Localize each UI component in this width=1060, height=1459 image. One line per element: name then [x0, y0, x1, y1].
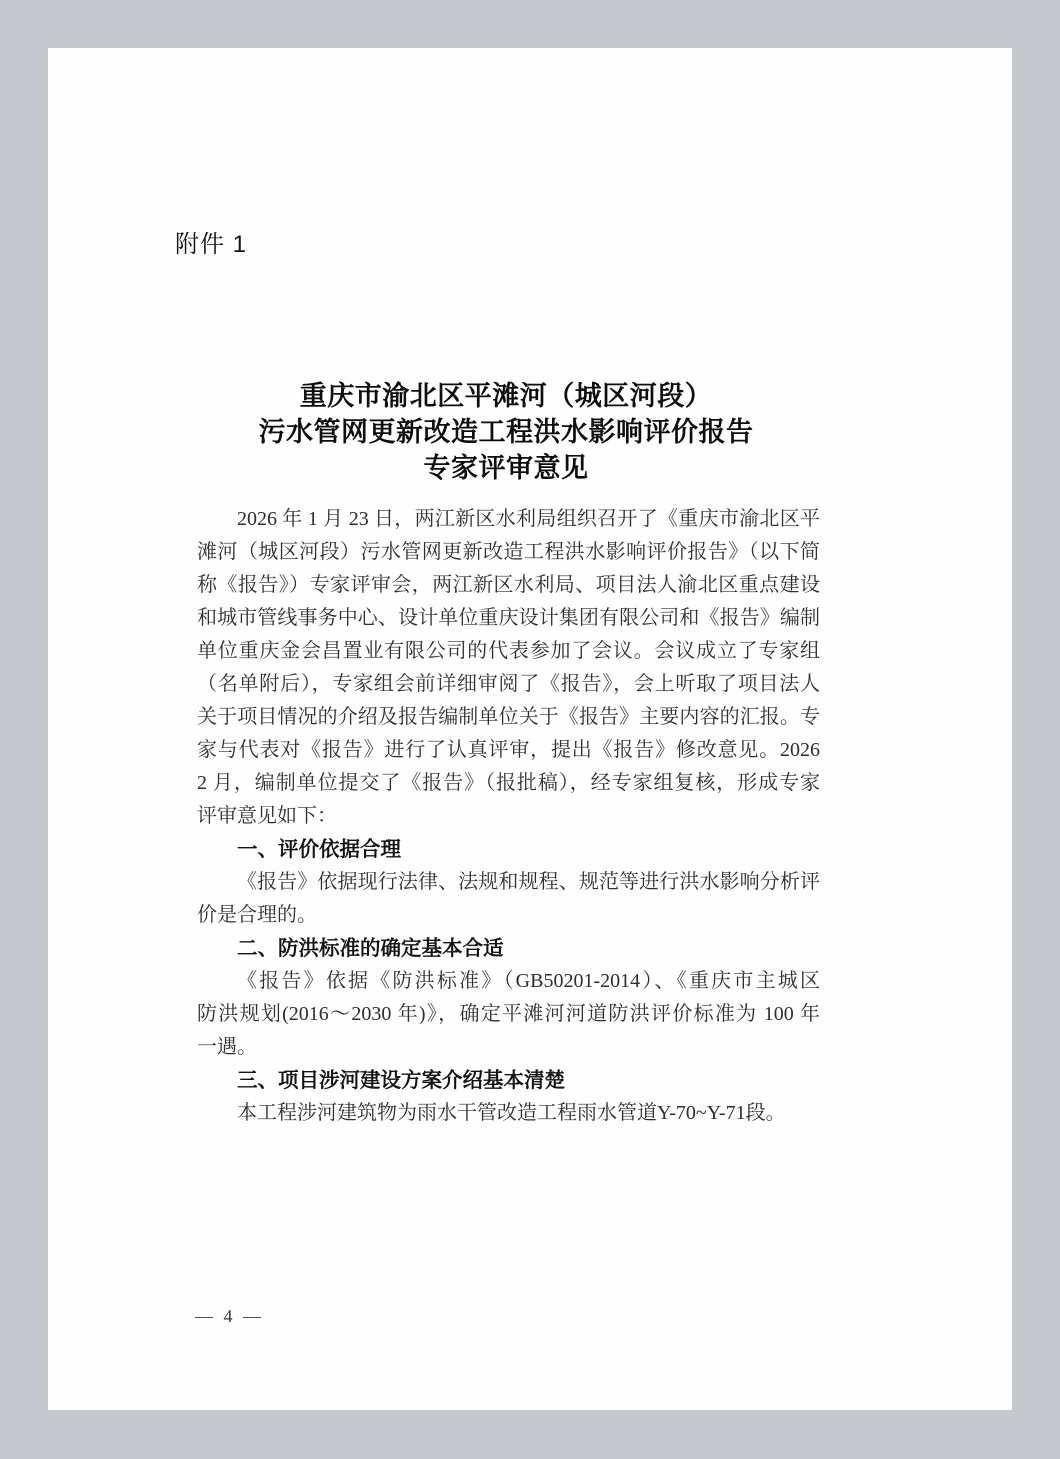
body-line: 评审意见如下： [197, 800, 820, 833]
title-line: 污水管网更新改造工程洪水影响评价报告 [48, 414, 964, 450]
body-line: 和城市管线事务中心、设计单位重庆设计集团有限公司和《报告》编制 [197, 602, 820, 635]
body-line: （名单附后），专家组会前详细审阅了《报告》，会上听取了项目法人 [197, 668, 820, 701]
body-line: 《报告》依据《防洪标准》（GB50201-2014）、《重庆市主城区 [197, 965, 820, 998]
document-body: 2026 年 1 月 23 日，两江新区水利局组织召开了《重庆市渝北区平滩河（城… [197, 503, 820, 1130]
body-line: 防洪规划(2016～2030 年)》，确定平滩河河道防洪评价标准为 100 年 [197, 998, 820, 1031]
body-line: 单位重庆金会昌置业有限公司的代表参加了会议。会议成立了专家组 [197, 635, 820, 668]
document-title: 重庆市渝北区平滩河（城区河段）污水管网更新改造工程洪水影响评价报告专家评审意见 [48, 378, 1012, 486]
body-line: 一遇。 [197, 1031, 820, 1064]
attachment-label: 附件 1 [175, 224, 247, 259]
body-line: 关于项目情况的介绍及报告编制单位关于《报告》主要内容的汇报。专 [197, 701, 820, 734]
title-line: 重庆市渝北区平滩河（城区河段） [48, 378, 964, 414]
body-line: 滩河（城区河段）污水管网更新改造工程洪水影响评价报告》（以下简 [197, 536, 820, 569]
body-line: 本工程涉河建筑物为雨水干管改造工程雨水管道Y-70~Y-71段。 [197, 1097, 820, 1130]
section-heading: 一、评价依据合理 [197, 833, 820, 866]
body-line: 2 月，编制单位提交了《报告》（报批稿），经专家组复核，形成专家 [197, 767, 820, 800]
page-number: — 4 — [195, 1306, 264, 1327]
section-heading: 二、防洪标准的确定基本合适 [197, 932, 820, 965]
body-line: 2026 年 1 月 23 日，两江新区水利局组织召开了《重庆市渝北区平 [197, 503, 820, 536]
body-line: 家与代表对《报告》进行了认真评审，提出《报告》修改意见。2026 年 [197, 734, 820, 767]
document-page: 附件 1 重庆市渝北区平滩河（城区河段）污水管网更新改造工程洪水影响评价报告专家… [48, 48, 1012, 1410]
body-line: 价是合理的。 [197, 899, 820, 932]
section-heading: 三、项目涉河建设方案介绍基本清楚 [197, 1064, 820, 1097]
title-line: 专家评审意见 [48, 450, 964, 486]
body-line: 称《报告》）专家评审会，两江新区水利局、项目法人渝北区重点建设 [197, 569, 820, 602]
body-line: 《报告》依据现行法律、法规和规程、规范等进行洪水影响分析评 [197, 866, 820, 899]
